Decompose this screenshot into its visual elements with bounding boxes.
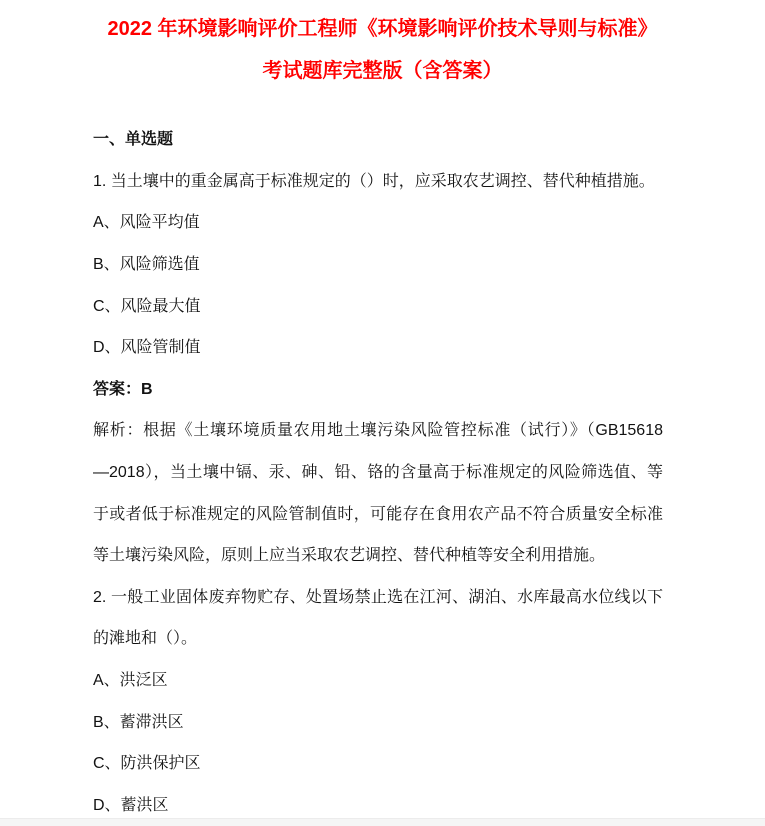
question-2-option-c: C、防洪保护区 xyxy=(93,743,756,785)
page-bottom-edge xyxy=(0,818,765,826)
section-heading: 一、单选题 xyxy=(93,119,756,161)
question-2-option-a: A、洪泛区 xyxy=(93,660,756,702)
question-1-analysis-line-3: 于或者低于标准规定的风险管制值时，可能存在食用农产品不符合质量安全标准 xyxy=(93,494,663,536)
document-body: 一、单选题 1. 当土壤中的重金属高于标准规定的（）时，应采取农艺调控、替代种植… xyxy=(93,119,756,826)
question-2-option-b: B、蓄滞洪区 xyxy=(93,702,756,744)
question-1-analysis-line-2: —2018），当土壤中镉、汞、砷、铅、铬的含量高于标准规定的风险筛选值、等 xyxy=(93,452,663,494)
question-2-stem-line-1: 2. 一般工业固体废弃物贮存、处置场禁止选在江河、湖泊、水库最高水位线以下 xyxy=(93,577,663,619)
question-1-analysis-line-1: 解析：根据《土壤环境质量农用地土壤污染风险管控标准（试行）》（GB15618 xyxy=(93,410,663,452)
document-title-line-1: 2022 年环境影响评价工程师《环境影响评价技术导则与标准》 xyxy=(0,9,765,51)
document-title: 2022 年环境影响评价工程师《环境影响评价技术导则与标准》 考试题库完整版（含… xyxy=(0,9,765,92)
question-1-option-b: B、风险筛选值 xyxy=(93,244,756,286)
question-1-answer: 答案：B xyxy=(93,369,756,411)
question-1-stem: 1. 当土壤中的重金属高于标准规定的（）时，应采取农艺调控、替代种植措施。 xyxy=(93,161,756,203)
question-2-stem-line-2: 的滩地和（）。 xyxy=(93,618,663,660)
question-1-option-c: C、风险最大值 xyxy=(93,286,756,328)
question-1-analysis-line-4: 等土壤污染风险，原则上应当采取农艺调控、替代种植等安全利用措施。 xyxy=(93,535,663,577)
question-1-option-d: D、风险管制值 xyxy=(93,327,756,369)
question-1-option-a: A、风险平均值 xyxy=(93,202,756,244)
document-title-line-2: 考试题库完整版（含答案） xyxy=(0,51,765,93)
document-page: 2022 年环境影响评价工程师《环境影响评价技术导则与标准》 考试题库完整版（含… xyxy=(0,0,765,826)
